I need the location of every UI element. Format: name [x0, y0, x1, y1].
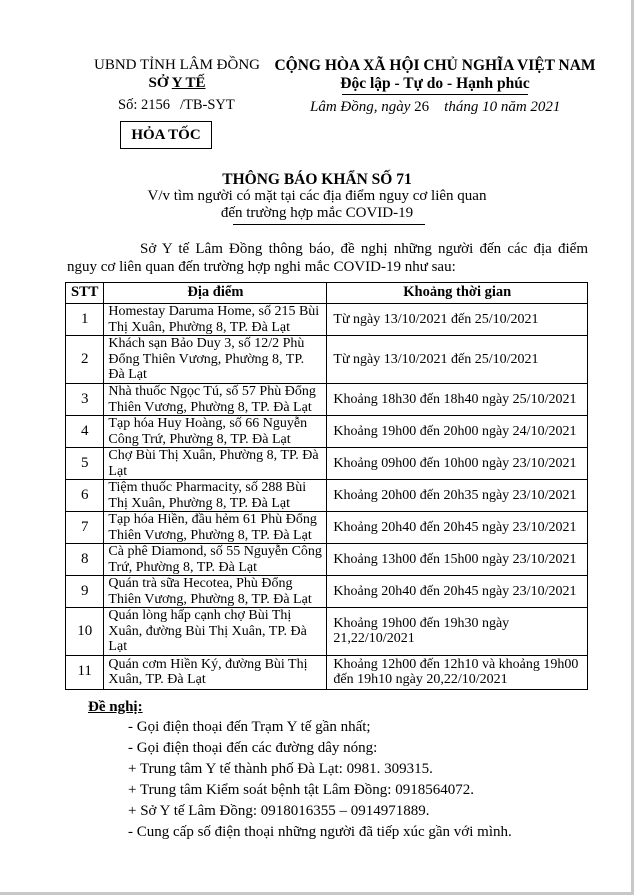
row-time: Từ ngày 13/10/2021 đến 25/10/2021: [327, 336, 588, 384]
row-time: Khoảng 18h30 đến 18h40 ngày 25/10/2021: [327, 384, 588, 416]
issuing-agency: UBND TỈNH LÂM ĐỒNG: [84, 57, 270, 74]
header-time: Khoảng thời gian: [327, 283, 588, 304]
subject-line-2: đến trường hợp mắc COVID-19: [100, 205, 534, 222]
motto-underline: [342, 94, 528, 95]
date-day: 26: [414, 99, 429, 115]
table-row: 8 Cà phê Diamond, số 55 Nguyễn Công Trứ,…: [66, 544, 588, 576]
document-number-label: Số: 2156: [118, 97, 170, 113]
row-location: Cà phê Diamond, số 55 Nguyễn Công Trứ, P…: [104, 544, 327, 576]
row-stt: 3: [66, 384, 104, 416]
row-location: Khách sạn Bảo Duy 3, số 12/2 Phù Đổng Th…: [104, 336, 327, 384]
date-suffix: tháng 10 năm 2021: [444, 99, 560, 115]
row-stt: 1: [66, 304, 104, 336]
row-location: Nhà thuốc Ngọc Tú, số 57 Phù Đổng Thiên …: [104, 384, 327, 416]
department-prefix: SỞ: [149, 75, 172, 91]
table-row: 5 Chợ Bùi Thị Xuân, Phường 8, TP. Đà Lạt…: [66, 448, 588, 480]
document-number: Số: 2156/TB-SYT: [118, 97, 235, 114]
header-stt: STT: [66, 283, 104, 304]
row-time: Khoảng 13h00 đến 15h00 ngày 23/10/2021: [327, 544, 588, 576]
recommendation-item: - Gọi điện thoại đến các đường dây nóng:: [128, 740, 377, 757]
row-location: Quán trà sữa Hecotea, Phù Đổng Thiên Vươ…: [104, 576, 327, 608]
row-location: Chợ Bùi Thị Xuân, Phường 8, TP. Đà Lạt: [104, 448, 327, 480]
row-stt: 9: [66, 576, 104, 608]
table-row: 9 Quán trà sữa Hecotea, Phù Đổng Thiên V…: [66, 576, 588, 608]
recommendation-item: + Sở Y tế Lâm Đồng: 0918016355 – 0914971…: [128, 803, 430, 820]
table-row: 11 Quán cơm Hiền Ký, đường Bùi Thị Xuân,…: [66, 655, 588, 689]
table-row: 1 Homestay Daruma Home, số 215 Bùi Thị X…: [66, 304, 588, 336]
table-row: 3 Nhà thuốc Ngọc Tú, số 57 Phù Đổng Thiê…: [66, 384, 588, 416]
recommendation-item: + Trung tâm Kiểm soát bệnh tật Lâm Đồng:…: [128, 782, 474, 799]
row-time: Khoảng 20h40 đến 20h45 ngày 23/10/2021: [327, 512, 588, 544]
row-stt: 7: [66, 512, 104, 544]
intro-line-1: Sở Y tế Lâm Đồng thông báo, đề nghị nhữn…: [140, 241, 588, 258]
intro-line-2: nguy cơ liên quan đến trường hợp nghi mắ…: [67, 259, 456, 276]
document-number-suffix: /TB-SYT: [180, 97, 235, 113]
recommendation-item: + Trung tâm Y tế thành phố Đà Lạt: 0981.…: [128, 761, 433, 778]
table-row: 6 Tiệm thuốc Pharmacity, số 288 Bùi Thị …: [66, 480, 588, 512]
table-row: 7 Tạp hóa Hiền, đầu hẻm 61 Phù Đổng Thiê…: [66, 512, 588, 544]
row-stt: 11: [66, 655, 104, 689]
national-motto: Độc lập - Tự do - Hạnh phúc: [272, 75, 598, 93]
row-stt: 8: [66, 544, 104, 576]
row-location: Homestay Daruma Home, số 215 Bùi Thị Xuâ…: [104, 304, 327, 336]
date-line: Lâm Đồng, ngày 26 tháng 10 năm 2021: [310, 99, 560, 116]
row-location: Tiệm thuốc Pharmacity, số 288 Bùi Thị Xu…: [104, 480, 327, 512]
recommendation-item: - Cung cấp số điện thoại những người đã …: [128, 824, 512, 841]
row-location: Tạp hóa Huy Hoàng, số 66 Nguyễn Công Trứ…: [104, 416, 327, 448]
date-prefix: Lâm Đồng, ngày: [310, 99, 410, 115]
urgency-stamp: HỎA TỐC: [120, 121, 212, 149]
row-time: Khoảng 12h00 đến 12h10 và khoảng 19h00 đ…: [327, 655, 588, 689]
recommendations-title: Đề nghị:: [88, 699, 143, 716]
row-stt: 5: [66, 448, 104, 480]
locations-table: STT Địa điểm Khoảng thời gian 1 Homestay…: [65, 282, 588, 690]
row-stt: 6: [66, 480, 104, 512]
row-stt: 10: [66, 608, 104, 656]
table-row: 2 Khách sạn Bảo Duy 3, số 12/2 Phù Đổng …: [66, 336, 588, 384]
row-location: Quán lòng hấp cạnh chợ Bùi Thị Xuân, đườ…: [104, 608, 327, 656]
row-time: Khoảng 19h00 đến 19h30 ngày 21,22/10/202…: [327, 608, 588, 656]
row-location: Tạp hóa Hiền, đầu hẻm 61 Phù Đổng Thiên …: [104, 512, 327, 544]
header-location: Địa điểm: [104, 283, 327, 304]
row-stt: 2: [66, 336, 104, 384]
subject-line-1: V/v tìm người có mặt tại các địa điểm ng…: [100, 188, 534, 205]
row-stt: 4: [66, 416, 104, 448]
table-row: 4 Tạp hóa Huy Hoàng, số 66 Nguyễn Công T…: [66, 416, 588, 448]
row-time: Khoảng 20h40 đến 20h45 ngày 23/10/2021: [327, 576, 588, 608]
national-title: CỘNG HÒA XÃ HỘI CHỦ NGHĨA VIỆT NAM: [272, 57, 598, 75]
document-page: UBND TỈNH LÂM ĐỒNG SỞ Y TẾ Số: 2156/TB-S…: [0, 0, 634, 895]
notice-title: THÔNG BÁO KHẨN SỐ 71: [100, 171, 534, 189]
row-time: Khoảng 20h00 đến 20h35 ngày 23/10/2021: [327, 480, 588, 512]
row-location: Quán cơm Hiền Ký, đường Bùi Thị Xuân, TP…: [104, 655, 327, 689]
row-time: Khoảng 09h00 đến 10h00 ngày 23/10/2021: [327, 448, 588, 480]
row-time: Khoảng 19h00 đến 20h00 ngày 24/10/2021: [327, 416, 588, 448]
table-header-row: STT Địa điểm Khoảng thời gian: [66, 283, 588, 304]
table-row: 10 Quán lòng hấp cạnh chợ Bùi Thị Xuân, …: [66, 608, 588, 656]
subject-underline: [233, 224, 425, 225]
department: SỞ Y TẾ: [84, 75, 270, 92]
row-time: Từ ngày 13/10/2021 đến 25/10/2021: [327, 304, 588, 336]
recommendation-item: - Gọi điện thoại đến Trạm Y tế gần nhất;: [128, 719, 371, 736]
department-underlined: Y TẾ: [172, 75, 206, 91]
